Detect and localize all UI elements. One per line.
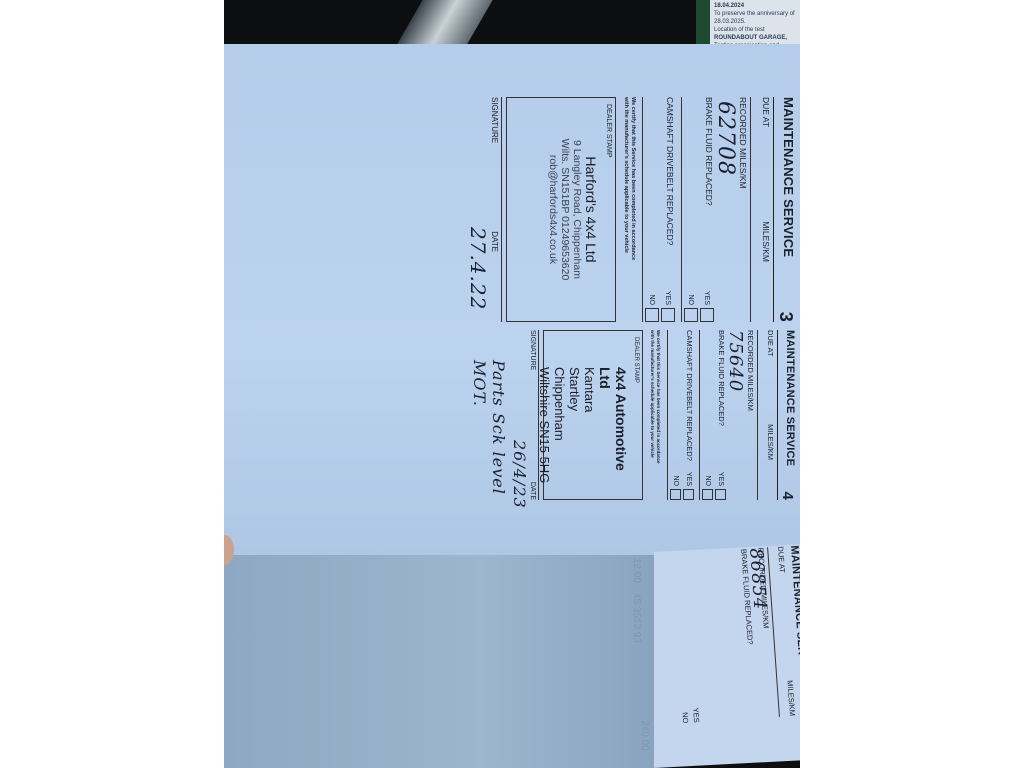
camshaft-no-checkbox [670,489,681,500]
maintenance-service-4: MAINTENANCE SERVICE 4 DUE AT MILES/KM RE… [470,330,796,500]
brake-fluid-yes-checkbox [715,489,726,500]
brake-fluid-no-checkbox [684,308,698,322]
camshaft-no-checkbox [645,308,659,322]
service-title: MAINTENANCE SERVICE [779,330,796,466]
recorded-mileage: 75640 [728,330,746,500]
dealer-stamp: DEALER STAMP 4x4 Automotive Ltd Kantara … [543,330,643,500]
dealer-name: 4x4 Automotive Ltd [597,367,629,493]
service-date: 27.4.22 [466,227,490,322]
handwritten-note: Parts Sck level [489,360,508,500]
service-number: 4 [779,491,796,500]
service-book-photo: 18.04.2024 To preserve the anniversary o… [224,0,800,768]
maintenance-service-3: MAINTENANCE SERVICE 3 DUE AT MILES/KM RE… [466,97,796,322]
recorded-mileage: 62708 [716,101,738,322]
dealer-stamp: DEALER STAMP Harford's 4x4 Ltd 9 Langley… [506,97,616,322]
brake-fluid-no-checkbox [702,489,713,500]
camshaft-yes-checkbox [661,308,675,322]
dealer-name: Harford's 4x4 Ltd [583,104,599,315]
service-date: 26/4/23 [510,440,529,500]
service-number: 3 [775,312,796,322]
brake-fluid-yes-checkbox [700,308,714,322]
camshaft-yes-checkbox [683,489,694,500]
maintenance-service-5-partial: MAINTENANCE SER DUE AT MILES/KM RECORDED… [669,545,800,724]
receipt-page: 12.00 45.35 12.93 240.00 [224,555,654,768]
handwritten-note: MOT. [470,360,489,500]
service-title: MAINTENANCE SERVICE [775,97,796,257]
